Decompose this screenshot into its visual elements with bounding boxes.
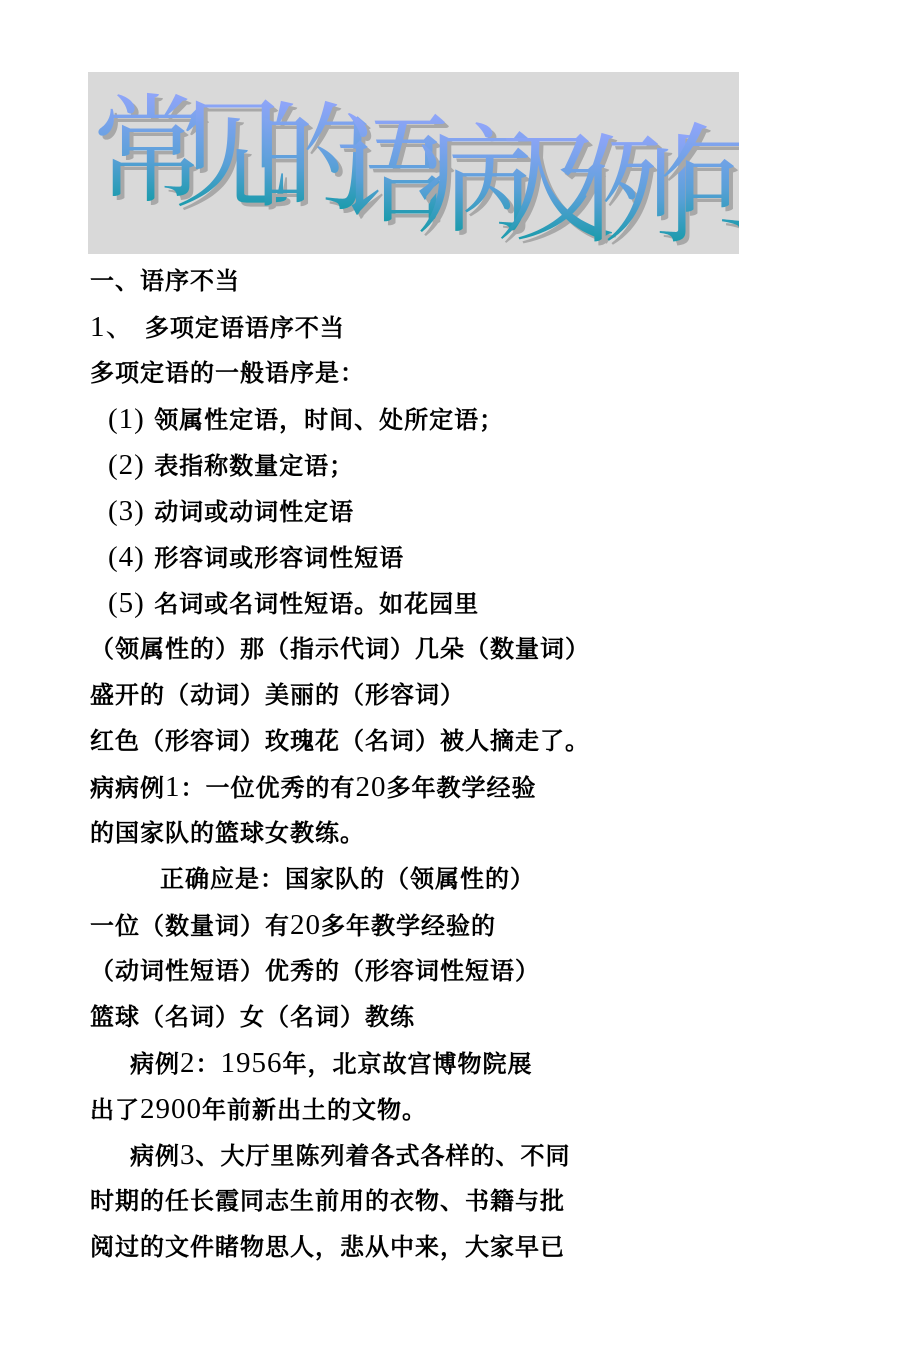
order-item-number: (3) <box>108 495 145 527</box>
case2-text-end: 年前新出土的文物。 <box>202 1096 427 1124</box>
subheading-number: 1、 <box>90 311 136 343</box>
case1-line-1: 病病例1：一位优秀的有20多年教学经验 <box>90 772 537 803</box>
case1-text-end: 多年教学经验 <box>387 774 537 802</box>
order-item-number: (4) <box>108 541 145 573</box>
order-item-2: (2) 表指称数量定语； <box>108 450 354 481</box>
case2-text-start: 出了 <box>90 1096 140 1124</box>
case1-correct-line-1: 正确应是：国家队的（领属性的） <box>160 864 535 894</box>
case3-line-1: 病例3、大厅里陈列着各式各样的、不同 <box>130 1140 571 1171</box>
title-wordart: 常常见见的的语语病病及及例例句句 <box>88 72 739 254</box>
title-banner: 常常见见的的语语病病及及例例句句 <box>88 72 739 254</box>
section-heading: 一、语序不当 <box>90 266 240 296</box>
correct-years: 20 <box>290 909 321 941</box>
order-item-number: (5) <box>108 587 145 619</box>
case1-text: ：一位优秀的有 <box>181 774 356 802</box>
order-item-text: 表指称数量定语； <box>154 452 354 480</box>
case2-label: 病例 <box>130 1050 180 1078</box>
case2-year: 1956 <box>221 1047 283 1079</box>
case3-text: 、大厅里陈列着各式各样的、不同 <box>196 1142 571 1170</box>
case3-line-2: 时期的任长霞同志生前用的衣物、书籍与批 <box>90 1186 565 1216</box>
correct-text: 一位（数量词）有 <box>90 912 290 940</box>
case2-line-1: 病例2：1956年，北京故宫博物院展 <box>130 1048 533 1079</box>
case1-label: 病病例 <box>90 774 165 802</box>
case3-label: 病例 <box>130 1142 180 1170</box>
example-line-3: 红色（形容词）玫瑰花（名词）被人摘走了。 <box>90 726 590 756</box>
subheading-text: 多项定语语序不当 <box>145 314 345 342</box>
case2-number: 2 <box>180 1047 196 1079</box>
title-char: 句 <box>659 112 739 250</box>
order-item-text: 形容词或形容词性短语 <box>154 544 404 572</box>
case1-correct-line-3: （动词性短语）优秀的（形容词性短语） <box>90 956 540 986</box>
order-item-4: (4) 形容词或形容词性短语 <box>108 542 404 573</box>
case1-line-2: 的国家队的篮球女教练。 <box>90 818 365 848</box>
case3-number: 3 <box>180 1139 196 1171</box>
case3-line-3: 阅过的文件睹物思人，悲从中来，大家早已 <box>90 1232 565 1262</box>
case2-colon: ： <box>196 1050 221 1078</box>
order-item-3: (3) 动词或动词性定语 <box>108 496 354 527</box>
case2-line-2: 出了2900年前新出土的文物。 <box>90 1094 427 1125</box>
case1-years: 20 <box>356 771 387 803</box>
order-item-text: 名词或名词性短语。如花园里 <box>154 590 479 618</box>
order-item-5: (5) 名词或名词性短语。如花园里 <box>108 588 479 619</box>
order-item-text: 动词或动词性定语 <box>154 498 354 526</box>
order-item-text: 领属性定语，时间、处所定语； <box>154 406 504 434</box>
example-line-2: 盛开的（动词）美丽的（形容词） <box>90 680 465 710</box>
case1-number: 1 <box>165 771 181 803</box>
case1-correct-line-2: 一位（数量词）有20多年教学经验的 <box>90 910 496 941</box>
case2-years: 2900 <box>140 1093 202 1125</box>
intro-text: 多项定语的一般语序是： <box>90 358 365 388</box>
example-line-1: （领属性的）那（指示代词）几朵（数量词） <box>90 634 590 664</box>
order-item-number: (2) <box>108 449 145 481</box>
case1-correct-line-4: 篮球（名词）女（名词）教练 <box>90 1002 415 1032</box>
order-item-1: (1) 领属性定语，时间、处所定语； <box>108 404 504 435</box>
case2-text: 年，北京故宫博物院展 <box>283 1050 533 1078</box>
order-item-number: (1) <box>108 403 145 435</box>
subheading: 1、 多项定语语序不当 <box>90 312 345 343</box>
correct-text-end: 多年教学经验的 <box>321 912 496 940</box>
